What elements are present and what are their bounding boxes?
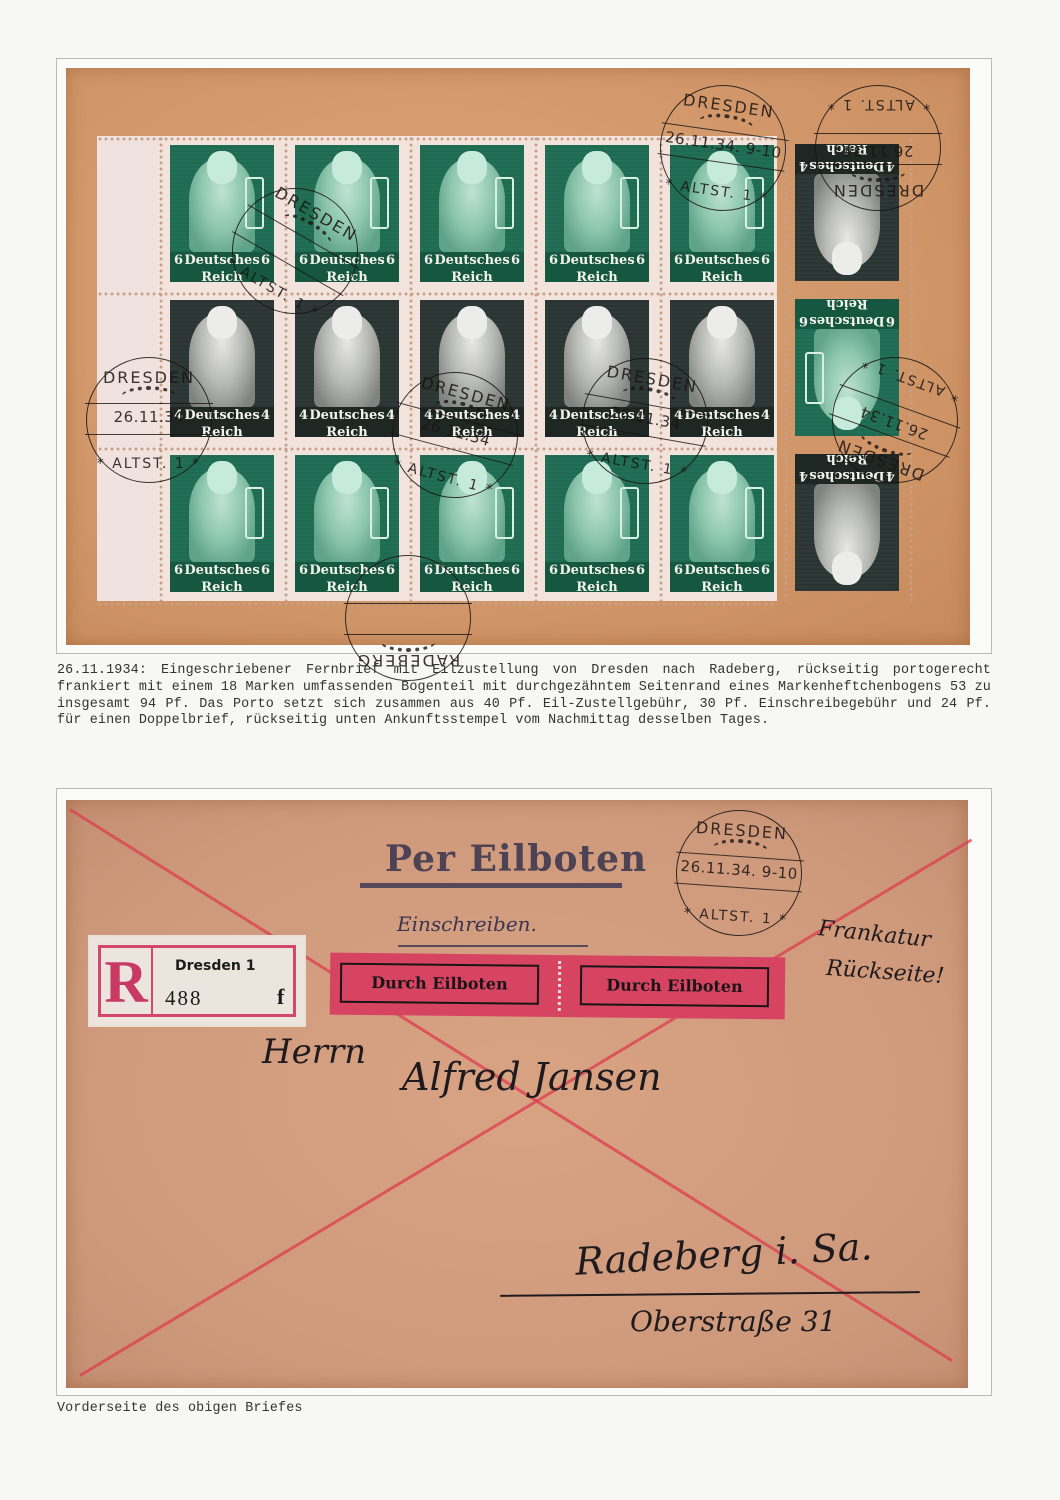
stamp-image [545,145,649,252]
head-icon [207,306,236,338]
dresden-cancel: DRESDEN26.11.34* ALTST. 1 * [86,357,212,483]
caption-front: Vorderseite des obigen Briefes [57,1401,657,1418]
address-salutation: Herrn [262,1032,366,1072]
lamp-icon [620,487,639,539]
perforation-row [97,292,777,296]
stamp-image [295,455,399,562]
stamp-image [420,145,524,252]
address-name: Alfred Jansen [402,1055,662,1099]
lamp-icon [370,487,389,539]
stamp-image [795,484,899,591]
head-icon [207,151,236,183]
express-label-2: Durch Eilboten [580,965,769,1007]
head-icon [832,243,861,275]
head-icon [332,151,361,183]
stamp-value-panel: 6Deutsches Reich64Deutsche Nothilfe4 [795,299,899,329]
caption-back: 26.11.1934: Eingeschriebener Fernbrief m… [57,663,991,730]
handstamp-underline [360,883,622,888]
head-icon [457,151,486,183]
stamp-value-panel: 6Deutsches Reich64Deutsche Nothilfe4 [170,562,274,592]
stamp-value-panel: 4Deutsches Reich42Deutsche Nothilfe2 [295,407,399,437]
head-icon [707,461,736,493]
stamp-miner: 6Deutsches Reich64Deutsche Nothilfe4 [416,142,528,284]
head-icon [707,306,736,338]
registration-label: R Dresden 1 488 f [90,937,304,1025]
stamp-value-panel: 6Deutsches Reich64Deutsche Nothilfe4 [420,252,524,282]
registration-r-icon: R [101,948,153,1014]
per-eilboten-handstamp: Per Eilboten [385,838,647,880]
stamp-value-panel: 6Deutsches Reich64Deutsche Nothilfe4 [670,252,774,282]
perforation-col [784,136,788,601]
head-icon [207,461,236,493]
stamp-value-panel: 6Deutsches Reich64Deutsche Nothilfe4 [670,562,774,592]
head-icon [582,151,611,183]
lamp-icon [370,177,389,229]
lamp-icon [620,177,639,229]
stamp-miner: 6Deutsches Reich64Deutsche Nothilfe4 [166,452,278,594]
perforation-col [534,136,538,601]
einschreiben-underline [398,945,588,947]
stamp-value-panel: 6Deutsches Reich64Deutsche Nothilfe4 [545,252,649,282]
registration-office: Dresden 1 [175,958,255,974]
stamp-miner: 6Deutsches Reich64Deutsche Nothilfe4 [541,142,653,284]
dresden-cancel: DRESDEN26.11.34* ALTST. 1 * [815,85,941,211]
address-street: Oberstraße 31 [630,1305,836,1338]
head-icon [332,461,361,493]
lamp-icon [745,487,764,539]
express-label-1: Durch Eilboten [340,963,539,1005]
head-icon [582,306,611,338]
express-label-strip: Durch Eilboten Durch Eilboten [330,953,786,1020]
registration-label-border: R Dresden 1 488 f [98,945,296,1017]
dresden-cancel-front: DRESDEN 26.11.34. 9-10 * ALTST. 1 * [672,806,806,940]
registration-number: 488 [165,986,203,1011]
head-icon [457,306,486,338]
einschreiben-handstamp: Einschreiben. [397,912,537,936]
registration-suffix: f [277,984,284,1010]
stamp-value-panel: 6Deutsches Reich64Deutsche Nothilfe4 [545,562,649,592]
lamp-icon [245,487,264,539]
lamp-icon [495,177,514,229]
lamp-icon [805,352,824,404]
label-perforation [558,961,562,1011]
head-icon [832,553,861,585]
head-icon [332,306,361,338]
